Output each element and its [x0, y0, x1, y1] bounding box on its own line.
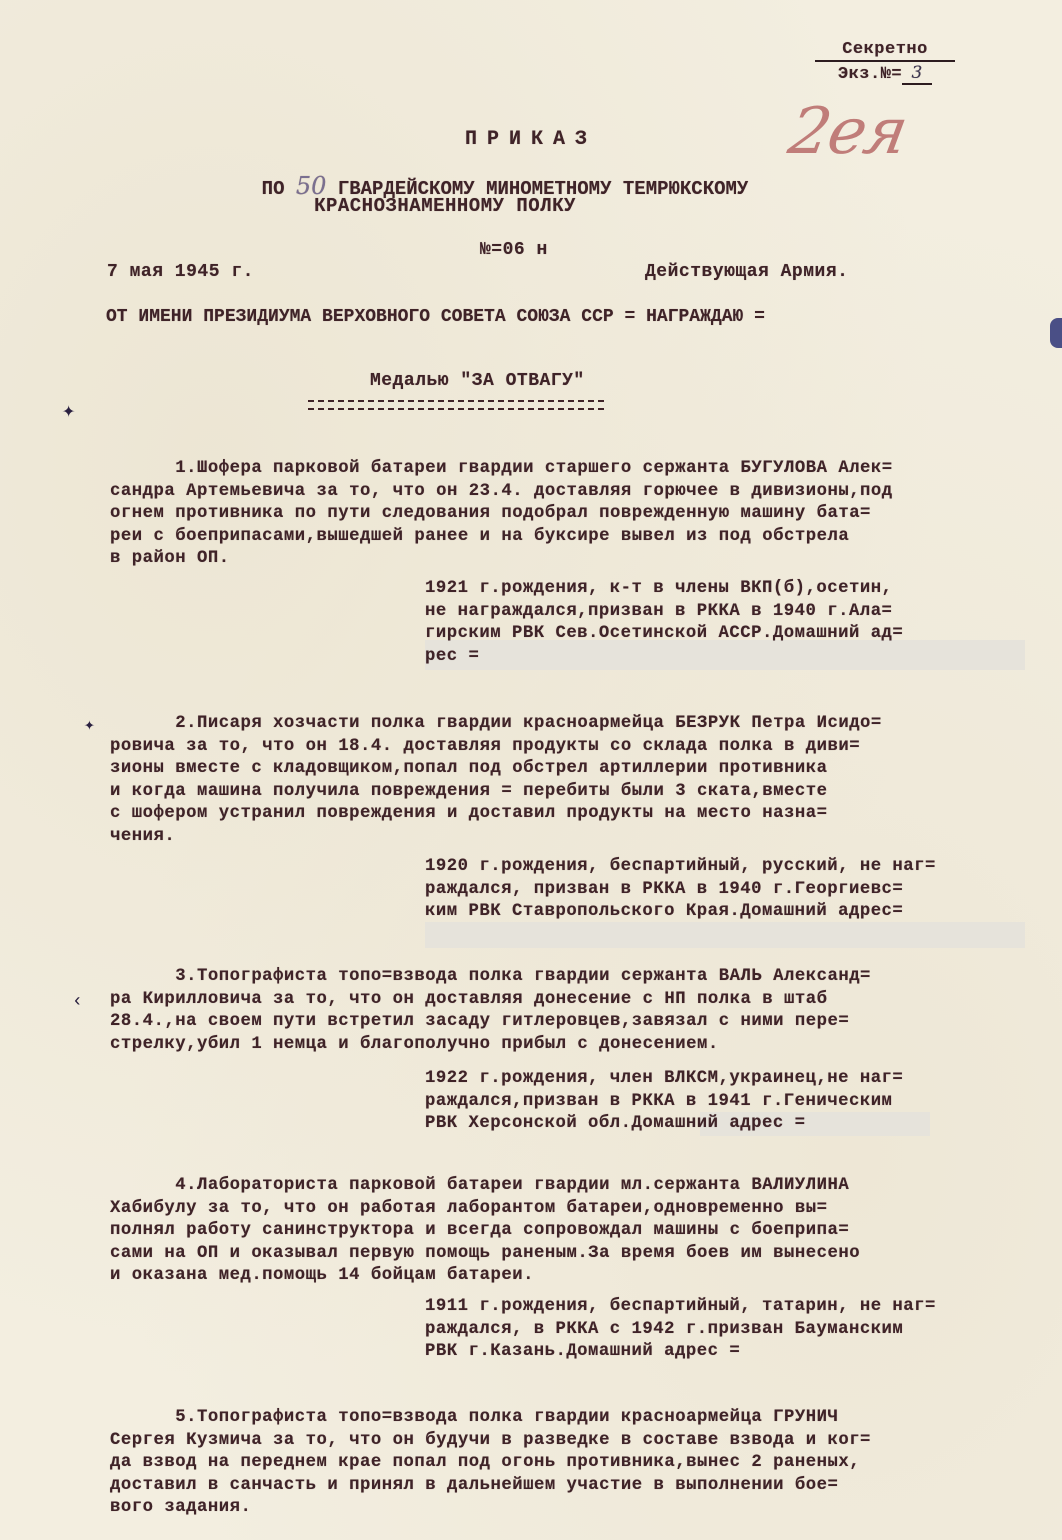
copy-number: 3	[902, 63, 932, 85]
order-number: №=06 н	[480, 240, 548, 260]
order-date: 7 мая 1945 г.	[107, 262, 254, 282]
copy-number-line: Экз.№=3	[815, 62, 955, 85]
award-entry-5-citation: 5.Топографиста топо=взвода полка гвардии…	[110, 1407, 1010, 1520]
award-entry-2-bio: 1920 г.рождения, беспартийный, русский, …	[425, 856, 1045, 924]
order-place: Действующая Армия.	[645, 262, 848, 282]
copy-label: Экз.№=	[838, 65, 902, 84]
award-entry-4-bio: 1911 г.рождения, беспартийный, татарин, …	[425, 1296, 1045, 1364]
document-title: ПРИКАЗ	[0, 128, 1062, 151]
redacted-address	[425, 922, 1025, 948]
classification-label: Секретно	[815, 40, 955, 62]
document-page: Секретно Экз.№=3 2ея ПРИКАЗ ПО 50 ГВАРДЕ…	[0, 0, 1062, 1540]
page-edge-tab	[1050, 318, 1062, 348]
award-entry-3-citation: 3.Топографиста топо=взвода полка гвардии…	[110, 966, 1010, 1056]
preamble: ОТ ИМЕНИ ПРЕЗИДИУМА ВЕРХОВНОГО СОВЕТА СО…	[106, 307, 765, 327]
unit-line-2: КРАСНОЗНАМЕННОМУ ПОЛКУ	[0, 195, 890, 217]
award-entry-3-bio: 1922 г.рождения, член ВЛКСМ,украинец,не …	[425, 1068, 1045, 1136]
binding-hole-mark: ✦	[84, 714, 95, 736]
award-entry-4-citation: 4.Лабораториста парковой батареи гвардии…	[110, 1175, 1010, 1288]
award-entry-1-citation: 1.Шофера парковой батареи гвардии старше…	[110, 458, 1010, 571]
award-entry-2-citation: 2.Писаря хозчасти полка гвардии красноар…	[110, 713, 1010, 848]
award-entry-1-bio: 1921 г.рождения, к-т в члены ВКП(б),осет…	[425, 578, 1045, 668]
binding-hole-mark: ‹	[72, 992, 83, 1012]
award-title: Медалью "ЗА ОТВАГУ"	[370, 371, 585, 391]
award-title-underline	[308, 400, 604, 410]
binding-hole-mark: ✦	[62, 398, 75, 424]
secrecy-stamp: Секретно Экз.№=3	[815, 40, 955, 85]
